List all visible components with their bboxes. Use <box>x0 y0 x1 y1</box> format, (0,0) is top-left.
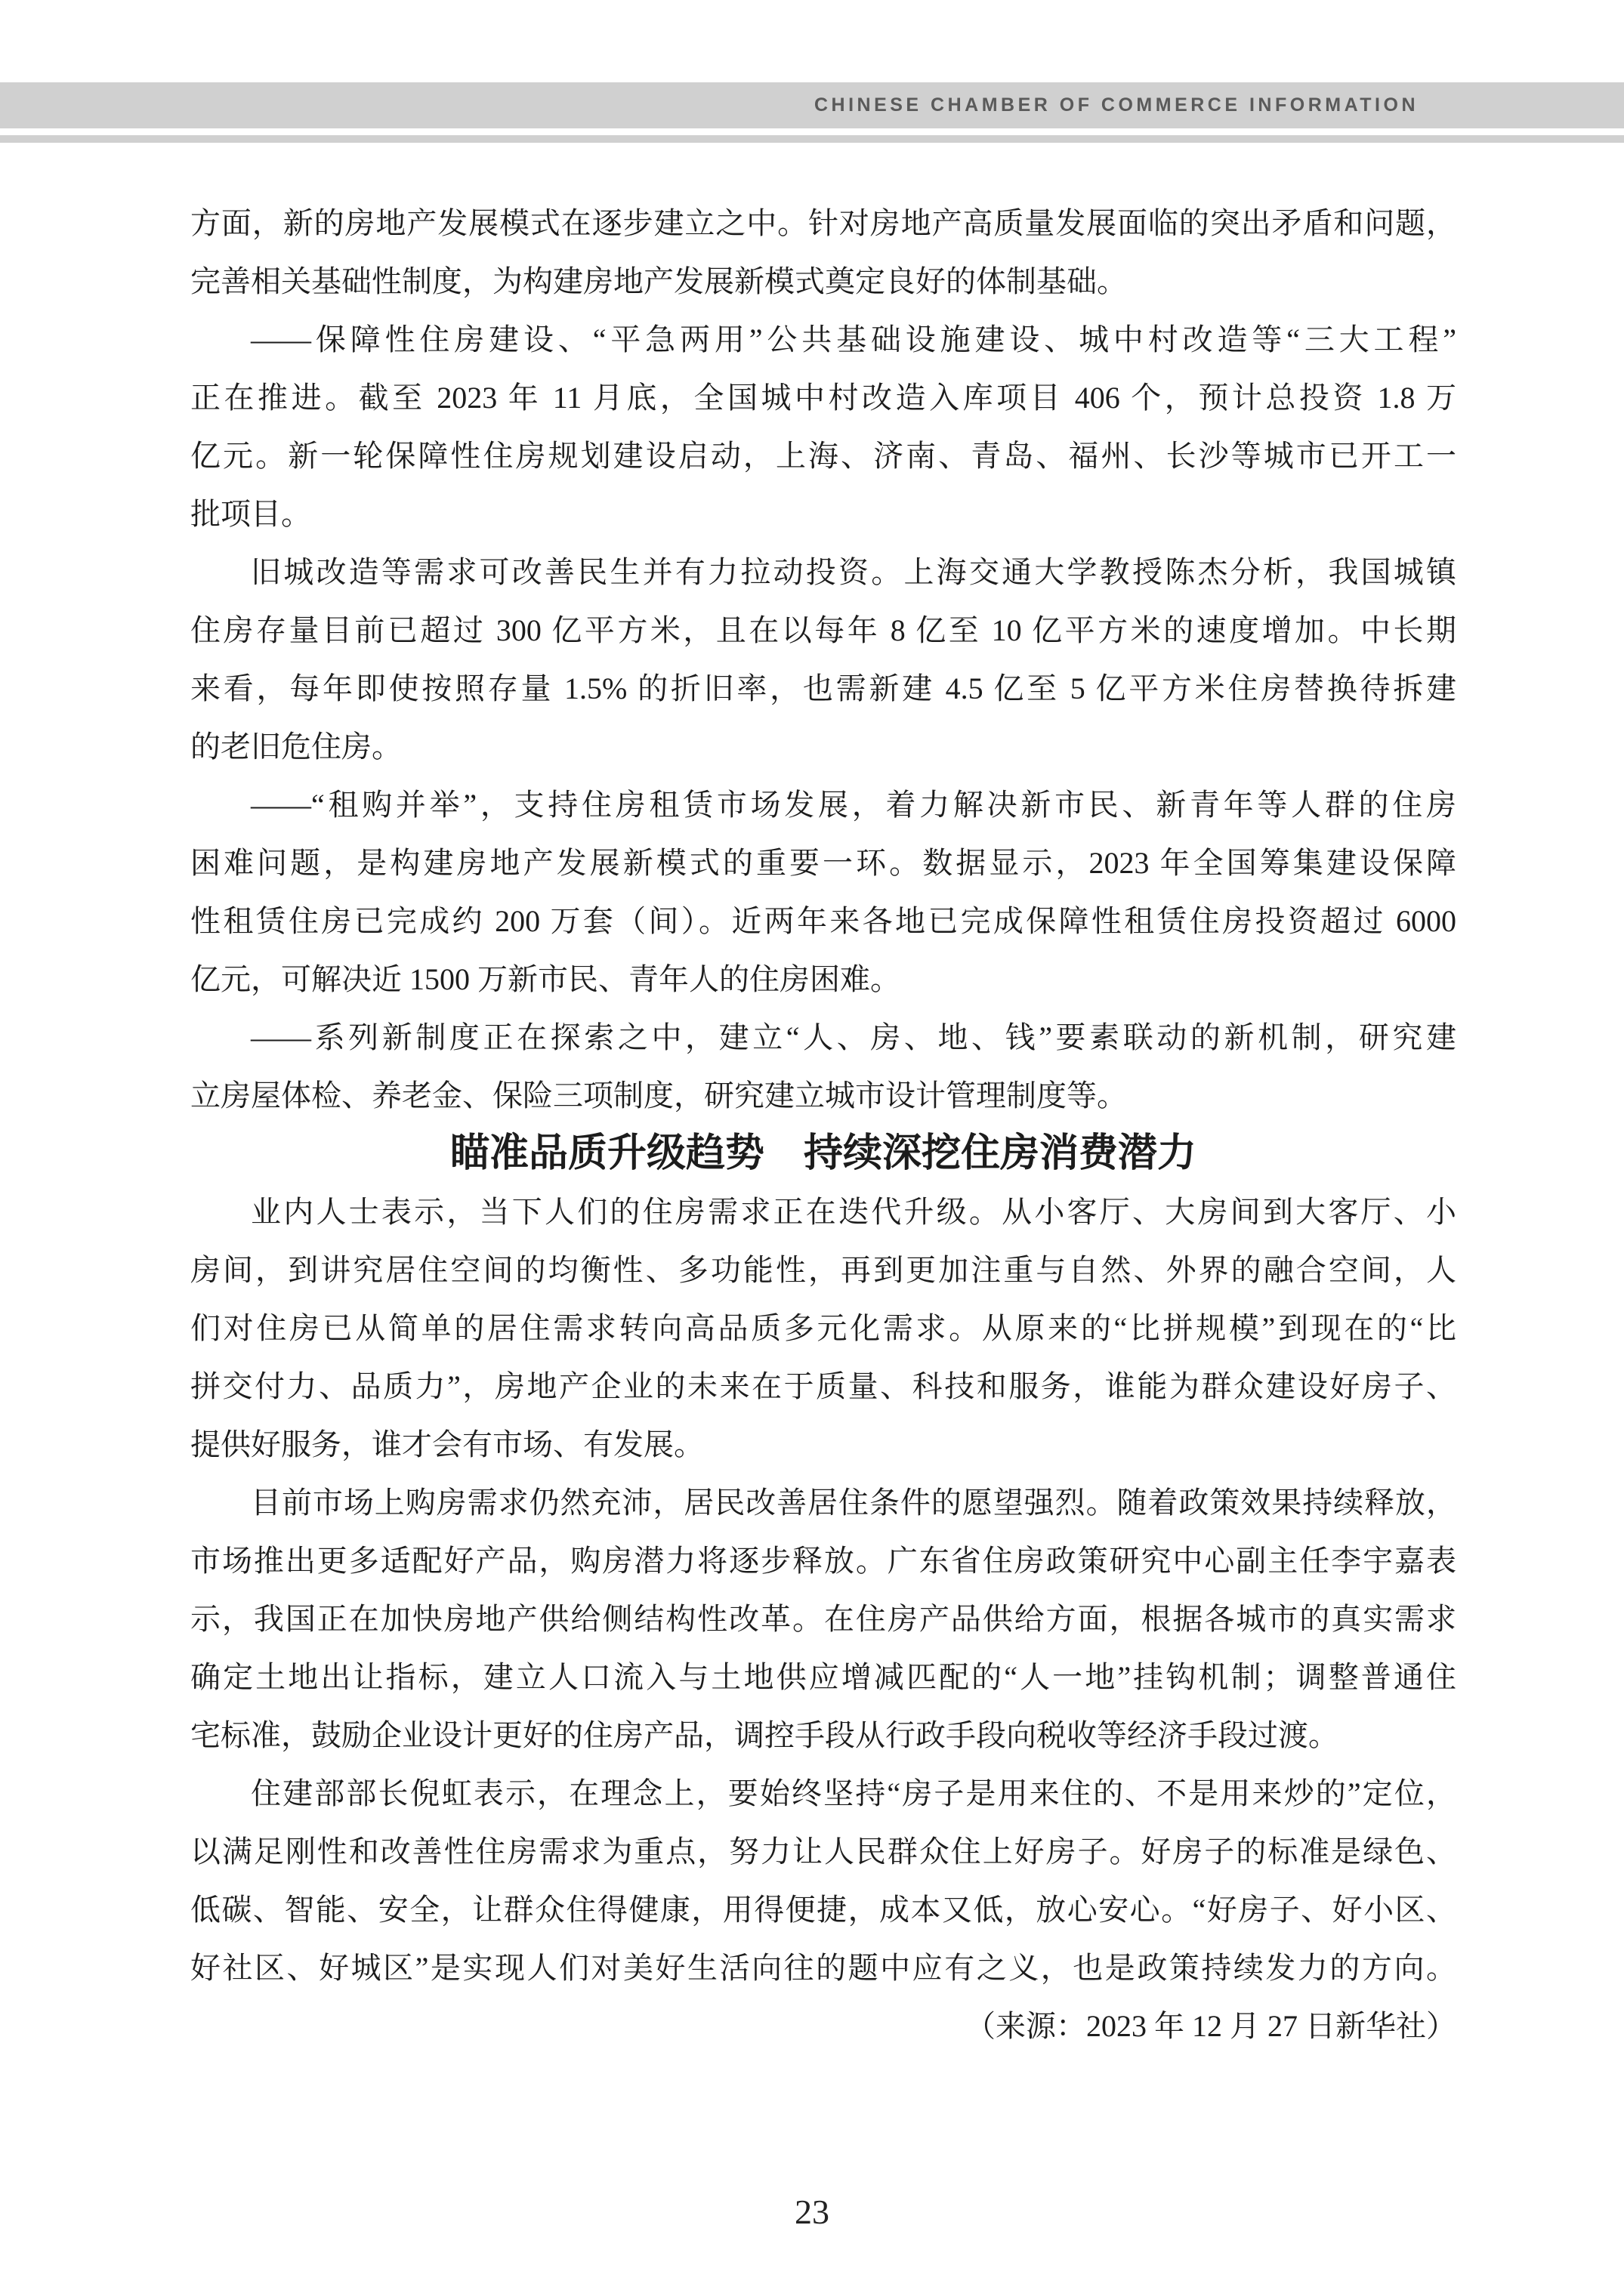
section-heading: 瞄准品质升级趋势 持续深挖住房消费潜力 <box>190 1125 1456 1183</box>
text-line: 房间，到讲究居住空间的均衡性、多功能性，再到更加注重与自然、外界的融合空间，人 <box>190 1241 1456 1299</box>
text-line: 的老旧危住房。 <box>190 718 1456 776</box>
text-line: 们对住房已从简单的居住需求转向高品质多元化需求。从原来的“比拼规模”到现在的“比 <box>190 1299 1456 1357</box>
text-line: 方面，新的房地产发展模式在逐步建立之中。针对房地产高质量发展面临的突出矛盾和问题… <box>190 194 1456 252</box>
text-line: 目前市场上购房需求仍然充沛，居民改善居住条件的愿望强烈。随着政策效果持续释放， <box>190 1474 1456 1532</box>
text-line: 困难问题，是构建房地产发展新模式的重要一环。数据显示，2023 年全国筹集建设保… <box>190 834 1456 892</box>
text-line: 亿元，可解决近 1500 万新市民、青年人的住房困难。 <box>190 950 1456 1008</box>
text-line: 性租赁住房已完成约 200 万套（间）。近两年来各地已完成保障性租赁住房投资超过… <box>190 892 1456 950</box>
text-line: 批项目。 <box>190 485 1456 543</box>
text-line: 住建部部长倪虹表示，在理念上，要始终坚持“房子是用来住的、不是用来炒的”定位， <box>190 1764 1456 1822</box>
text-line: 旧城改造等需求可改善民生并有力拉动投资。上海交通大学教授陈杰分析，我国城镇 <box>190 543 1456 601</box>
text-line: ——系列新制度正在探索之中，建立“人、房、地、钱”要素联动的新机制，研究建 <box>190 1008 1456 1066</box>
text-line: 示，我国正在加快房地产供给侧结构性改革。在住房产品供给方面，根据各城市的真实需求 <box>190 1590 1456 1648</box>
text-line: 业内人士表示，当下人们的住房需求正在迭代升级。从小客厅、大房间到大客厅、小 <box>190 1183 1456 1241</box>
header-band-thin <box>0 135 1624 143</box>
article-lines: 方面，新的房地产发展模式在逐步建立之中。针对房地产高质量发展面临的突出矛盾和问题… <box>190 194 1456 2055</box>
text-line: 完善相关基础性制度，为构建房地产发展新模式奠定良好的体制基础。 <box>190 252 1456 310</box>
source-line: （来源：2023 年 12 月 27 日新华社） <box>190 1997 1456 2055</box>
text-line: ——保障性住房建设、“平急两用”公共基础设施建设、城中村改造等“三大工程” <box>190 310 1456 369</box>
text-line: 亿元。新一轮保障性住房规划建设启动，上海、济南、青岛、福州、长沙等城市已开工一 <box>190 427 1456 485</box>
text-line: 市场推出更多适配好产品，购房潜力将逐步释放。广东省住房政策研究中心副主任李宇嘉表 <box>190 1532 1456 1590</box>
text-line: 以满足刚性和改善性住房需求为重点，努力让人民群众住上好房子。好房子的标准是绿色、 <box>190 1822 1456 1881</box>
page: { "header": { "banner_text": "CHINESE CH… <box>0 0 1624 2293</box>
text-line: 拼交付力、品质力”，房地产企业的未来在于质量、科技和服务，谁能为群众建设好房子、 <box>190 1357 1456 1415</box>
text-line: 立房屋体检、养老金、保险三项制度，研究建立城市设计管理制度等。 <box>190 1066 1456 1125</box>
text-line: 确定土地出让指标，建立人口流入与土地供应增减匹配的“人一地”挂钩机制；调整普通住 <box>190 1648 1456 1706</box>
text-line: 来看，每年即使按照存量 1.5% 的折旧率，也需新建 4.5 亿至 5 亿平方米… <box>190 659 1456 718</box>
page-number: 23 <box>0 2192 1624 2232</box>
header-banner-text: CHINESE CHAMBER OF COMMERCE INFORMATION <box>814 82 1419 128</box>
text-line: 提供好服务，谁才会有市场、有发展。 <box>190 1415 1456 1474</box>
text-line: 好社区、好城区”是实现人们对美好生活向往的题中应有之义，也是政策持续发力的方向。 <box>190 1939 1456 1997</box>
text-line: 正在推进。截至 2023 年 11 月底，全国城中村改造入库项目 406 个，预… <box>190 369 1456 427</box>
text-line: 住房存量目前已超过 300 亿平方米，且在以每年 8 亿至 10 亿平方米的速度… <box>190 601 1456 659</box>
text-line: 低碳、智能、安全，让群众住得健康，用得便捷，成本又低，放心安心。“好房子、好小区… <box>190 1881 1456 1939</box>
text-line: ——“租购并举”，支持住房租赁市场发展，着力解决新市民、新青年等人群的住房 <box>190 776 1456 834</box>
text-line: 宅标准，鼓励企业设计更好的住房产品，调控手段从行政手段向税收等经济手段过渡。 <box>190 1706 1456 1764</box>
